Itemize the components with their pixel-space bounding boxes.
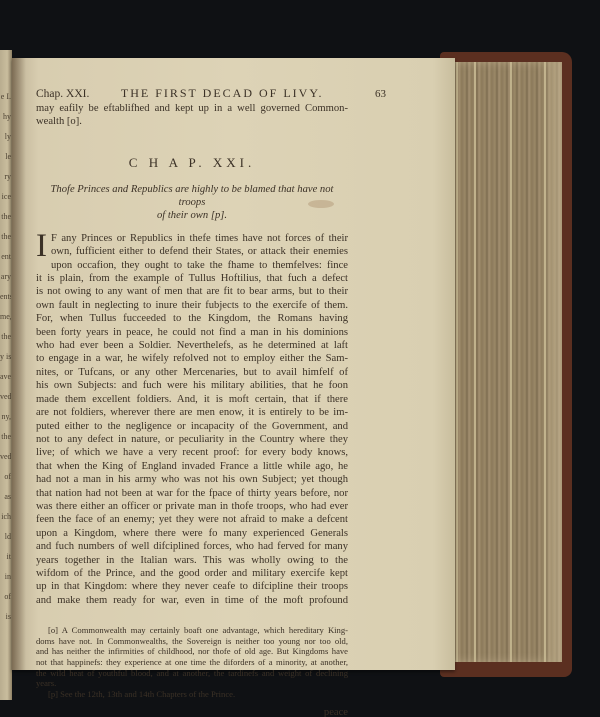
facing-page-fragment: ly [0,130,11,143]
facing-page-fragment: e I. [0,90,11,103]
text-line: that nation had not been at war for the … [36,487,348,500]
facing-page-fragment: ary [0,270,11,283]
catchword: peace [36,707,348,717]
text-line: to engage in a war, he wifely refolved n… [36,352,348,365]
text-line: and fuch numbers of well difciplined for… [36,540,348,553]
footnote: [o] A Commonwealth may certainly boaft o… [36,625,348,689]
text-line: up in that Kingdom: where they never cea… [36,580,348,593]
footnote-line: and has neither the infirmities of child… [36,646,348,657]
text-line: feen the face of an enemy; yet they were… [36,513,348,526]
facing-page-fragment: ry [0,170,11,183]
text-line: upon a Kingdom, where there were fo many… [36,527,348,540]
facing-page-fragment: it [0,550,11,563]
facing-page-fragment: me, [0,310,11,323]
footnote-line: the wild heat of youthful blood, and at … [36,668,348,689]
running-head-chapter: Chap. XXI. [36,88,89,100]
subtitle-line: of their own [p]. [36,209,348,222]
facing-page-fragment: ave [0,370,11,383]
chapter-subtitle: Thofe Princes and Republics are highly t… [36,183,348,222]
facing-page-fragment: ld [0,530,11,543]
text-line: that when the King of England invaded Fr… [36,460,348,473]
text-line: it is plain, from the example of Tullus … [36,272,348,285]
text-line: own, fufficient either to defend their S… [36,245,348,258]
facing-page-fragment: is [0,610,11,623]
text-line: not to any defect in nature, or peculiar… [36,433,348,446]
running-head-title: THE FIRST DECAD OF LIVY. [121,86,324,101]
edge-highlight [474,62,476,662]
facing-page-fragment: as [0,490,11,503]
facing-page-fragment: ich [0,510,11,523]
footnote-line: not that happinefs: they experience at o… [36,657,348,668]
footnotes: [o] A Commonwealth may certainly boaft o… [36,625,348,699]
facing-page-fragment: the [0,330,11,343]
footnote: [p] See the 12th, 13th and 14th Chapters… [36,689,348,700]
page-text: Chap. XXI. THE FIRST DECAD OF LIVY. 63 m… [36,86,348,717]
footnote-line: [p] See the 12th, 13th and 14th Chapters… [36,689,348,700]
facing-page-fragment: ents [0,290,11,303]
facing-page-fragment: ice [0,190,11,203]
edge-highlight [510,62,512,662]
text-line: been forty years in peace, he could not … [36,326,348,339]
text-line: upon occafion, they ought to take the fh… [36,259,348,272]
text-line: wifdom of the Prince, and the good order… [36,567,348,580]
facing-page-fragment: in [0,570,11,583]
facing-page-fragment: the [0,230,11,243]
text-line: nites, or Tufcans, or any other Mercenar… [36,366,348,379]
edge-highlight [544,62,546,662]
text-line: F any Princes or Republics in thefe time… [36,232,348,245]
facing-page-fragment: the [0,430,11,443]
drop-cap: I [36,233,47,259]
text-line: puted either to the negligence or incapa… [36,420,348,433]
text-line: is not owing to any want of men that are… [36,285,348,298]
facing-page-fragment: ent [0,250,11,263]
text-line: his own Subjects: and fuch were his mili… [36,379,348,392]
footnote-line: doms have not. In Commonwealths, the Sov… [36,636,348,647]
book-page: Chap. XXI. THE FIRST DECAD OF LIVY. 63 m… [12,58,455,670]
facing-page-fragment: of [0,470,11,483]
chapter-heading: C H A P. XXI. [36,155,348,171]
text-line: had not a man in his army who was not hi… [36,473,348,486]
text-line: own fault in neglecting to inure their f… [36,299,348,312]
facing-page-fragment: hy [0,110,11,123]
facing-page-fragment: ny, [0,410,11,423]
text-line: live; of which we have a very recent pro… [36,446,348,459]
running-head: Chap. XXI. THE FIRST DECAD OF LIVY. 63 [36,86,386,100]
text-line: wealth [o]. [36,115,348,128]
facing-page-edge: e I.hylyleryicethetheentaryentsme,they i… [0,50,12,700]
edge-highlight [456,62,458,662]
page-number: 63 [375,88,386,100]
chapter-body: I F any Princes or Republics in thefe ti… [36,232,348,607]
facing-page-fragment: of [0,590,11,603]
text-line: For, when Tullus fucceeded to the Kingdo… [36,312,348,325]
text-line: are not foldiers, wherever there are men… [36,406,348,419]
text-line: may eafily be eftablifhed and kept up in… [36,102,348,115]
text-line: was there either an officer or private m… [36,500,348,513]
facing-page-fragment: ved [0,450,11,463]
facing-page-fragment: y is [0,350,11,363]
facing-page-fragment: le [0,150,11,163]
page-block-edges [452,62,562,662]
facing-page-fragment: ved [0,390,11,403]
carryover-paragraph: may eafily be eftablifhed and kept up in… [36,102,348,129]
text-line: who had ever been a Soldier. Neverthelef… [36,339,348,352]
facing-page-fragment: the [0,210,11,223]
text-line: and make them ready for war, even in tim… [36,594,348,607]
footnote-line: [o] A Commonwealth may certainly boaft o… [36,625,348,636]
text-line: years together in the Italian wars. This… [36,554,348,567]
subtitle-line: Thofe Princes and Republics are highly t… [36,183,348,209]
gutter-shadow [12,58,26,670]
text-line: made them excellent foldiers. And, it is… [36,393,348,406]
